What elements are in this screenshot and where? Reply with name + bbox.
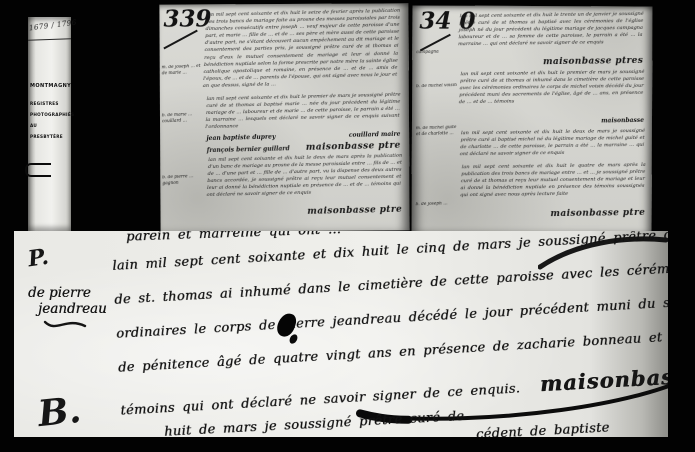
signature: jean baptiste duprey (206, 133, 275, 142)
detail-crop-burial-record: parein et marreine qui ont … P. de pierr… (14, 231, 668, 437)
spine-label-line: REGISTRES (30, 101, 69, 106)
margin-initial: P. (26, 244, 50, 273)
spine-label-line: AU (30, 123, 69, 128)
signature: couillard maire (349, 130, 401, 138)
paper-clip-icon (25, 163, 51, 177)
spine-label-line: MONTMAGNY (30, 83, 69, 89)
spine-label-line: PHOTOGRAPHIÉS (30, 112, 69, 117)
spine-label: MONTMAGNY REGISTRES PHOTOGRAPHIÉS AU PRE… (30, 83, 69, 139)
margin-flourish (42, 317, 88, 333)
margin-line: de pierre (28, 285, 107, 301)
register-record: lan mil sept cent soixante et dix huit l… (206, 152, 402, 199)
register-record: lan mil sept cent soixante et dix huit l… (459, 69, 645, 107)
manuscript-page-right: 34 0 campagna b. de michel voisin m. de … (412, 5, 653, 233)
spine-label-line: PRESBYTÈRE (30, 134, 69, 139)
partial-bottom-line: cédent de baptiste (476, 421, 610, 437)
page-number-flourish (163, 30, 197, 50)
page-text-column: lan mil sept cent soixante et dix huit l… (459, 11, 646, 223)
book-spine: 1679 / 1796 MONTMAGNY REGISTRES PHOTOGRA… (28, 17, 71, 231)
signature: maisonbasse ptres (543, 56, 643, 67)
bottom-margin-initial: B. (36, 389, 83, 435)
signature: françois bernier guillard (207, 145, 290, 154)
margin-note: m. de michel guité et de charlotte … (416, 125, 458, 139)
page-text-column: lan mil sept cent soixante et dix huit l… (204, 8, 403, 222)
signature: maisonbasse ptre (550, 208, 645, 219)
margin-note: b. de marie … couillard … (162, 112, 204, 127)
spine-shelf-mark: 1679 / 1796 (29, 21, 71, 33)
register-record: lan mil sept cent soixante et dix huit l… (205, 92, 401, 132)
register-record: lan mil sept cent soixante et dix huit l… (460, 128, 646, 159)
partial-top-line: parein et marreine qui ont … (126, 231, 342, 245)
margin-line: jeandreau (38, 301, 107, 317)
spine-label-rule (28, 38, 71, 41)
signature: maisonbasse ptre (306, 140, 401, 152)
signature: maisonbasse (601, 117, 644, 125)
margin-note: campagna (416, 49, 458, 57)
margin-note: b. de pierre … gagnon (162, 174, 204, 189)
signature: maisonbasse ptre (307, 205, 402, 217)
manuscript-page-left: 339 m. de joseph … et de marie … b. de m… (159, 3, 409, 231)
archival-photo: 1679 / 1796 MONTMAGNY REGISTRES PHOTOGRA… (0, 0, 695, 452)
margin-note: m. de joseph … et de marie … (162, 64, 204, 79)
burial-record-text: lain mil sept cent soixante et dix huit … (112, 231, 668, 437)
margin-annotation: P. de pierre jeandreau (28, 245, 107, 337)
priest-signature: maisonbasse ptre (539, 359, 668, 396)
margin-note: b. de michel voisin (416, 83, 458, 91)
margin-note: b. de joseph … (416, 201, 458, 209)
register-record: lan mil sept cent soixante et dix huit l… (458, 11, 644, 49)
register-record: lan mil sept cent soixante et dix huit l… (203, 8, 401, 91)
register-record: lan mil sept cent soixante et dix huit l… (460, 162, 646, 200)
